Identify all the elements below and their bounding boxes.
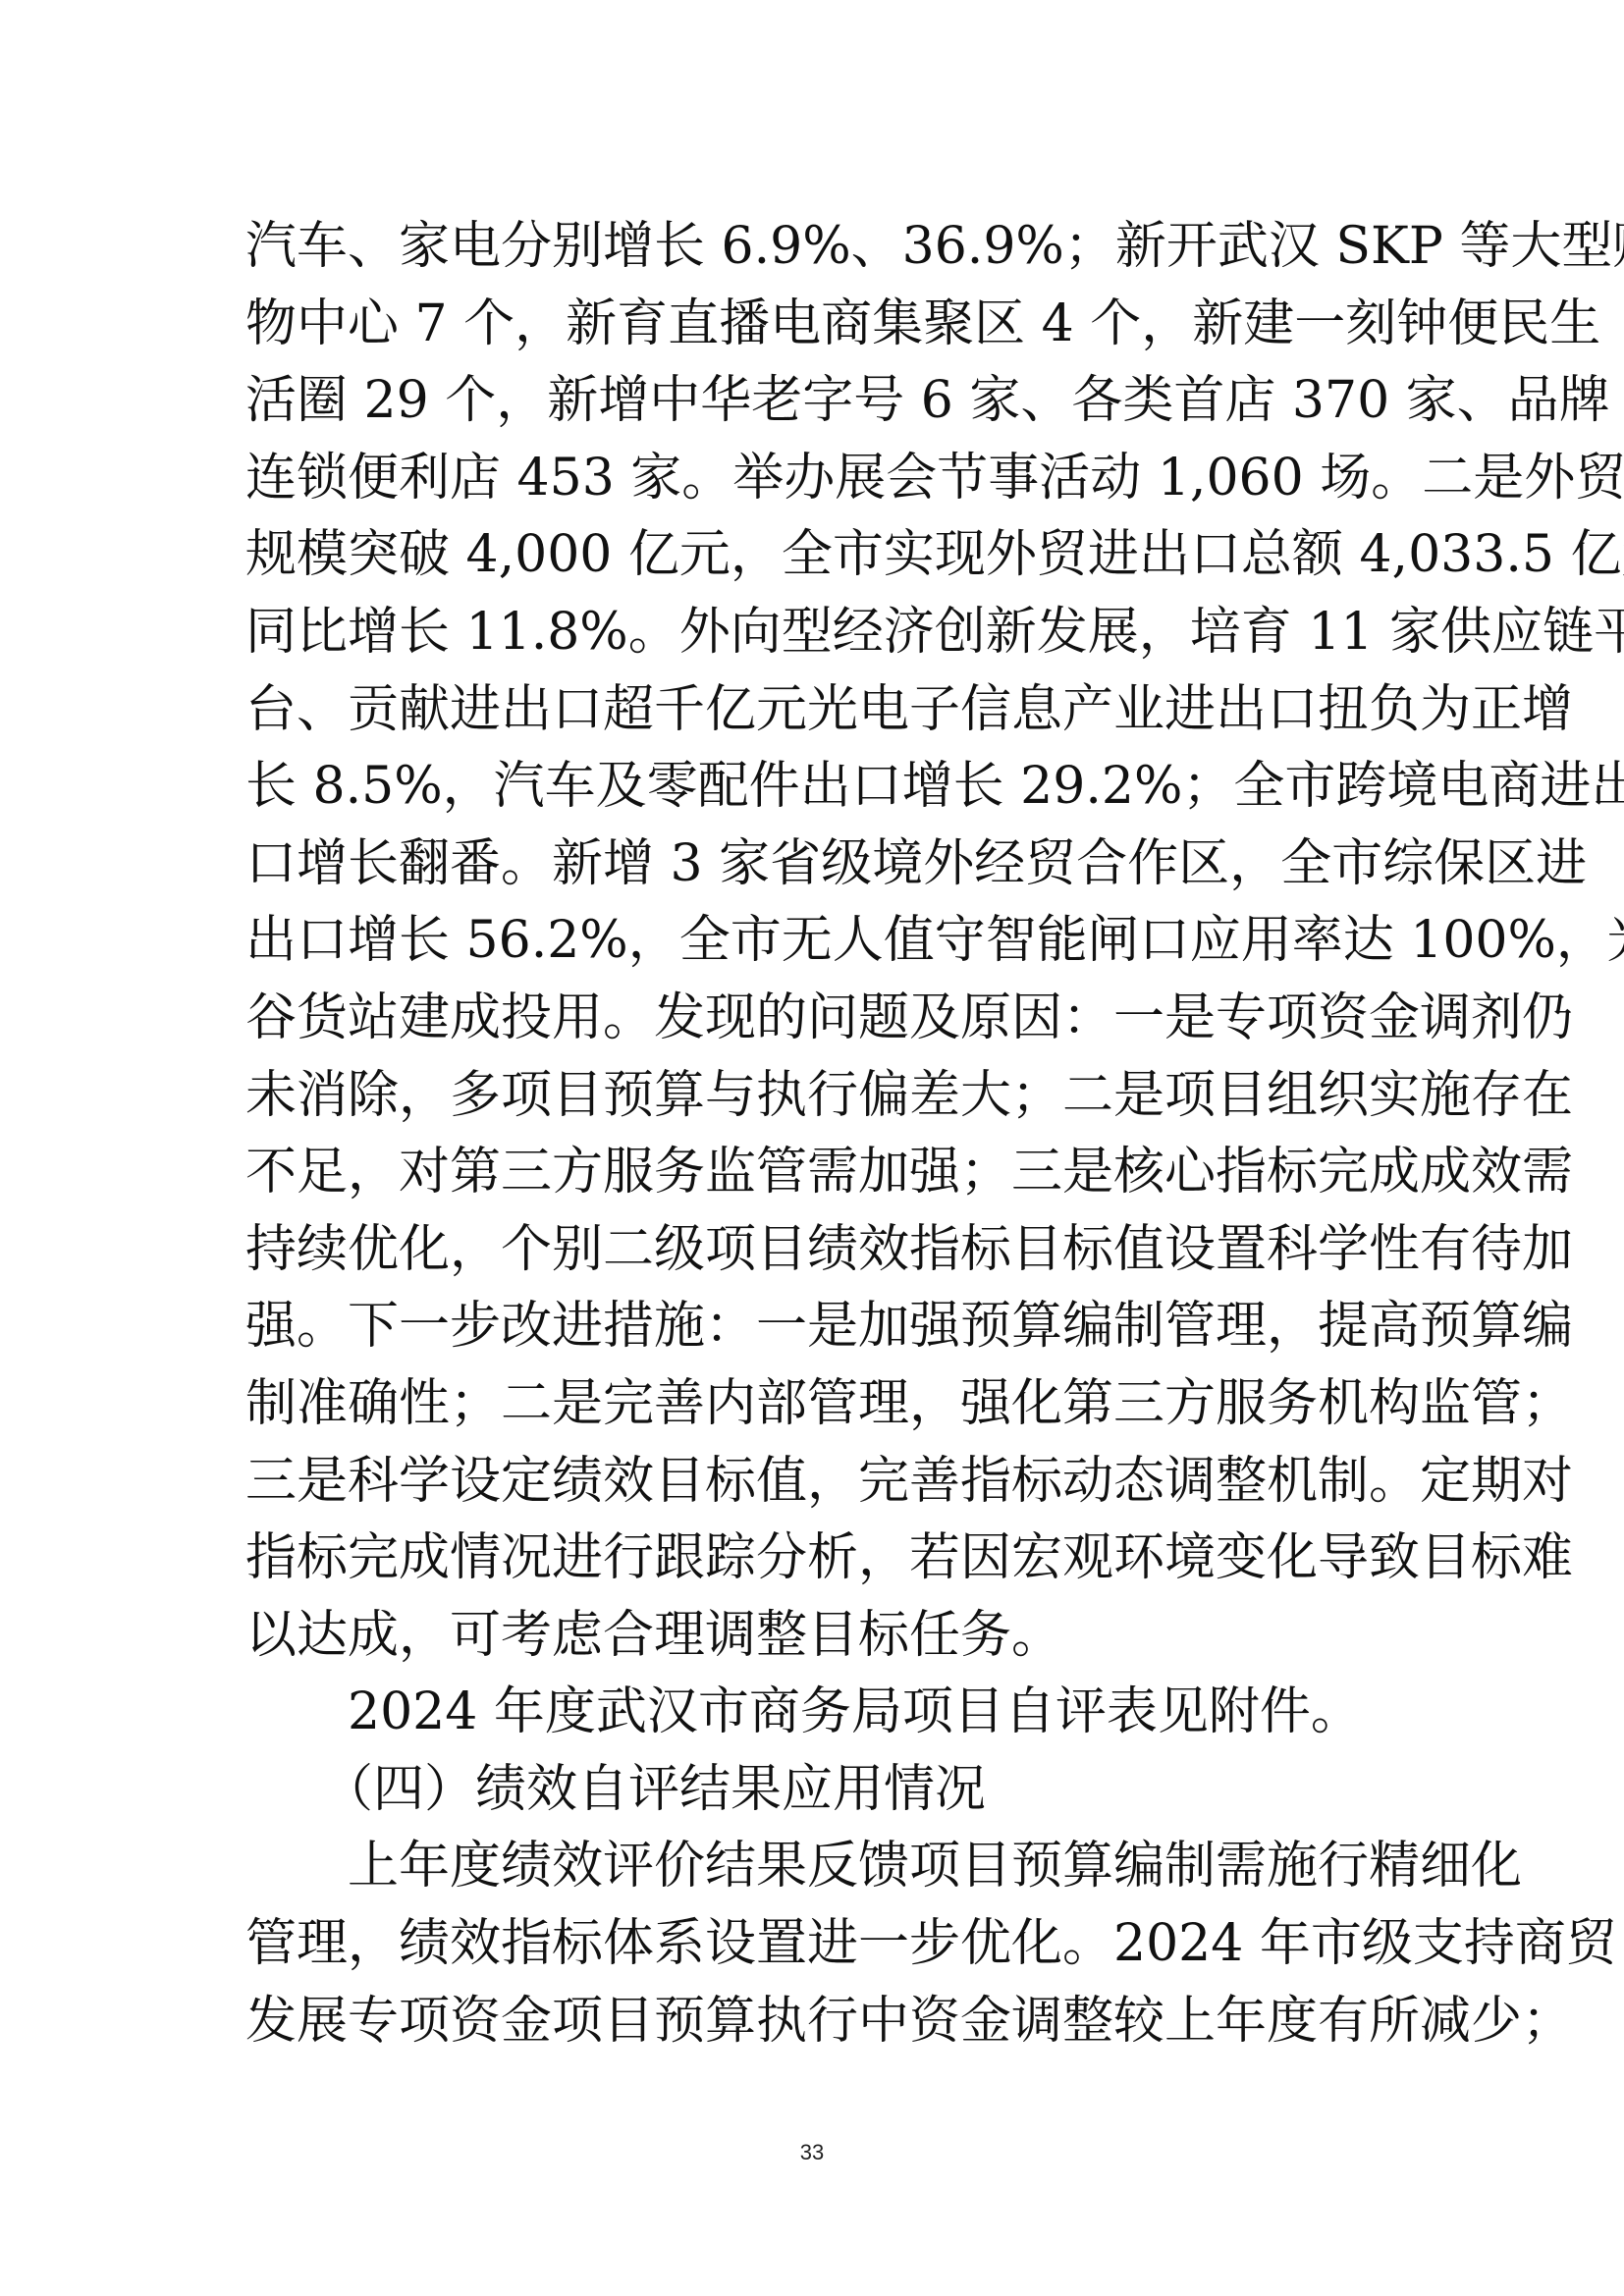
- section-heading: （四）绩效自评结果应用情况: [245, 1751, 1382, 1829]
- text-line: 不足，对第三方服务监管需加强；三是核心指标完成成效需: [245, 1134, 1382, 1211]
- body-text: 汽车、家电分别增长 6.9%、36.9%；新开武汉 SKP 等大型购 物中心 7…: [245, 208, 1382, 2059]
- text-line: 长 8.5%，汽车及零配件出口增长 29.2%；全市跨境电商进出: [245, 748, 1382, 826]
- text-line: 台、贡献进出口超千亿元光电子信息产业进出口扭负为正增: [245, 671, 1382, 749]
- text-line: 连锁便利店 453 家。举办展会节事活动 1,060 场。二是外贸: [245, 440, 1382, 517]
- text-line: 持续优化，个别二级项目绩效指标目标值设置科学性有待加: [245, 1211, 1382, 1289]
- text-line: 管理，绩效指标体系设置进一步优化。2024 年市级支持商贸: [245, 1905, 1382, 1983]
- document-page: 汽车、家电分别增长 6.9%、36.9%；新开武汉 SKP 等大型购 物中心 7…: [0, 0, 1624, 2296]
- text-line: 规模突破 4,000 亿元，全市实现外贸进出口总额 4,033.5 亿元，: [245, 516, 1382, 594]
- page-number: 33: [0, 2140, 1624, 2165]
- text-line: 发展专项资金项目预算执行中资金调整较上年度有所减少；: [245, 1983, 1382, 2060]
- text-line: 同比增长 11.8%。外向型经济创新发展，培育 11 家供应链平: [245, 594, 1382, 671]
- text-line: 三是科学设定绩效目标值，完善指标动态调整机制。定期对: [245, 1443, 1382, 1521]
- text-line: 口增长翻番。新增 3 家省级境外经贸合作区，全市综保区进: [245, 826, 1382, 903]
- text-line: 物中心 7 个，新育直播电商集聚区 4 个，新建一刻钟便民生: [245, 286, 1382, 363]
- text-line: 未消除，多项目预算与执行偏差大；二是项目组织实施存在: [245, 1057, 1382, 1135]
- text-line: 强。下一步改进措施：一是加强预算编制管理，提高预算编: [245, 1288, 1382, 1365]
- text-line: 制准确性；二是完善内部管理，强化第三方服务机构监管；: [245, 1365, 1382, 1443]
- attachment-note: 2024 年度武汉市商务局项目自评表见附件。: [245, 1674, 1382, 1751]
- text-line: 指标完成情况进行跟踪分析，若因宏观环境变化导致目标难: [245, 1520, 1382, 1597]
- text-line: 出口增长 56.2%，全市无人值守智能闸口应用率达 100%，光: [245, 902, 1382, 980]
- text-line: 上年度绩效评价结果反馈项目预算编制需施行精细化: [245, 1828, 1382, 1905]
- text-line: 汽车、家电分别增长 6.9%、36.9%；新开武汉 SKP 等大型购: [245, 208, 1382, 286]
- text-line: 谷货站建成投用。发现的问题及原因：一是专项资金调剂仍: [245, 980, 1382, 1057]
- text-line: 以达成，可考虑合理调整目标任务。: [245, 1597, 1382, 1675]
- text-line: 活圈 29 个，新增中华老字号 6 家、各类首店 370 家、品牌: [245, 362, 1382, 440]
